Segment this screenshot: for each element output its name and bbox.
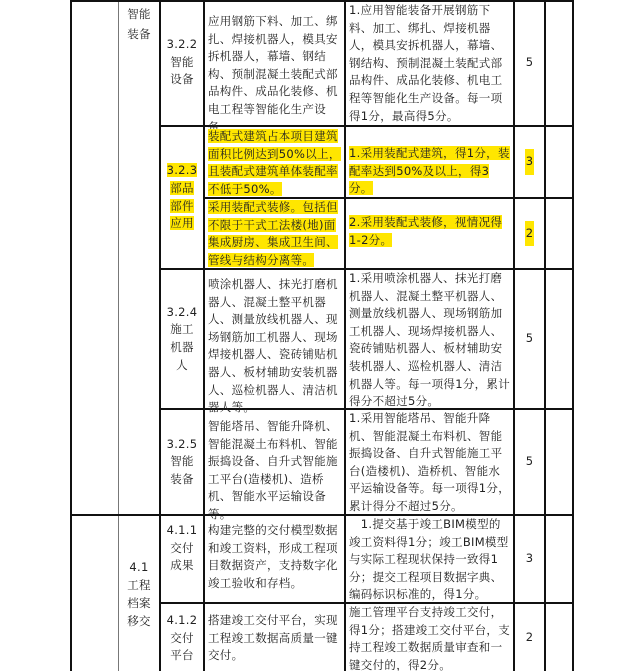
scoring-rule-cell: 施工管理平台支持竣工交付，得1分；搭建竣工交付平台，支持工程竣工数据质量审查和一… — [349, 604, 511, 671]
max-score-cell: 5 — [515, 410, 544, 514]
max-score-cell: 2 — [515, 199, 544, 268]
item-name: 部品 — [170, 181, 194, 195]
requirement-text: 采用装配式装修。包括但不限于干式工法楼(地)面集成厨房、集成卫生间、管线与结构分… — [208, 200, 338, 267]
item-name: 人 — [176, 357, 188, 375]
requirement-cell: 应用钢筋下料、加工、绑扎、焊接机器人，模具安拆机器人，幕墙、钢结构、预制混凝土装… — [208, 13, 342, 136]
scoring-rule-cell: 2.采用装配式装修，视情况得1-2分。 — [349, 214, 511, 249]
scoring-rule-cell: 1.采用装配式建筑，得1分，装配率达到50%及以上，得3分。 — [349, 145, 511, 198]
item-number: 3.2.2 — [167, 36, 198, 54]
item-cell-3-2-4: 3.2.4 施工 机器 人 — [161, 270, 203, 408]
column-divider — [203, 0, 205, 671]
max-score-cell: 3 — [515, 127, 544, 197]
scoring-rule-cell: 1.提交基于竣工BIM模型的竣工资料得1分；竣工BIM模型与实际工程现状保持一致… — [349, 516, 511, 604]
item-name: 部件 — [170, 199, 194, 213]
actual-score-cell[interactable] — [546, 410, 572, 514]
item-name: 施工 — [170, 321, 194, 339]
item-number: 3.2.5 — [167, 436, 198, 454]
actual-score-cell[interactable] — [546, 604, 572, 671]
item-cell-4-1-1: 4.1.1 交付 成果 — [161, 522, 203, 575]
column-divider — [344, 0, 346, 671]
max-score-text: 2 — [525, 221, 535, 247]
scoring-table: 智能装备 3.2.2 智能 设备 应用钢筋下料、加工、绑扎、焊接机器人，模具安拆… — [0, 0, 640, 671]
item-name: 平台 — [161, 647, 203, 665]
scoring-rule-text: 2.采用装配式装修，视情况得1-2分。 — [349, 215, 502, 247]
item-cell-3-2-3: 3.2.3 部品 部件 应用 — [161, 127, 203, 268]
item-cell-3-2-5: 3.2.5 智能 装备 — [161, 410, 203, 514]
item-name: 智能 — [170, 54, 194, 72]
item-name: 机器 — [170, 339, 194, 357]
max-score-cell: 5 — [515, 0, 544, 125]
subcategory-4-1: 4.1 工程 档案 移交 — [120, 516, 158, 671]
item-number: 3.2.3 — [167, 163, 198, 177]
item-name: 交付 — [161, 540, 203, 558]
actual-score-cell[interactable] — [546, 199, 572, 268]
requirement-cell: 采用装配式装修。包括但不限于干式工法楼(地)面集成厨房、集成卫生间、管线与结构分… — [208, 199, 342, 269]
item-name: 交付 — [161, 630, 203, 648]
scoring-rule-text: 1.采用装配式建筑，得1分，装配率达到50%及以上，得3分。 — [349, 146, 510, 195]
item-number: 3.2.4 — [167, 304, 198, 322]
scoring-rule-cell: 1.采用喷涂机器人、抹光打磨机器人、混凝土整平机器人、测量放线机器人、现场钢筋加… — [349, 270, 511, 411]
table-border-left — [70, 0, 72, 671]
subcategory-name: 工程 — [127, 576, 151, 594]
table-border-right — [572, 0, 574, 671]
requirement-cell: 构建完整的交付模型数据和竣工资料，形成工程项目数据资产，支持数字化竣工验收和存档… — [208, 522, 342, 592]
item-number: 4.1.2 — [161, 612, 203, 630]
item-name: 应用 — [170, 216, 194, 230]
subcategory-text: 智能装备 — [126, 4, 152, 44]
item-name: 智能 — [170, 453, 194, 471]
requirement-cell: 智能塔吊、智能升降机、智能混凝土布料机、智能振捣设备、自升式智能施工平台(造楼机… — [208, 418, 342, 524]
actual-score-cell[interactable] — [546, 270, 572, 408]
item-cell-4-1-2: 4.1.2 交付 平台 — [161, 612, 203, 665]
max-score-cell: 5 — [515, 270, 544, 408]
item-name: 成果 — [161, 557, 203, 575]
subcategory-number: 4.1 — [129, 558, 148, 576]
requirement-text: 装配式建筑占本项目建筑面积比例达到50%以上，且装配式建筑单体装配率不低于50%… — [208, 129, 341, 196]
max-score-cell: 2 — [515, 604, 544, 671]
subcategory-label: 智能装备 — [120, 4, 158, 44]
requirement-cell: 喷涂机器人、抹光打磨机器人、混凝土整平机器人、测量放线机器人、现场钢筋加工机器人… — [208, 276, 342, 417]
subcategory-name: 档案 — [127, 594, 151, 612]
item-name: 装备 — [170, 471, 194, 489]
max-score-text: 3 — [525, 149, 535, 175]
actual-score-cell[interactable] — [546, 0, 572, 125]
item-number: 4.1.1 — [161, 522, 203, 540]
actual-score-cell[interactable] — [546, 127, 572, 197]
column-divider — [118, 0, 119, 671]
subcategory-name: 移交 — [127, 612, 151, 630]
requirement-cell: 装配式建筑占本项目建筑面积比例达到50%以上，且装配式建筑单体装配率不低于50%… — [208, 128, 342, 198]
max-score-cell: 3 — [515, 516, 544, 602]
requirement-cell: 搭建竣工交付平台，实现工程竣工数据高质量一键交付。 — [208, 612, 342, 665]
item-cell-3-2-2: 3.2.2 智能 设备 — [161, 0, 203, 125]
actual-score-cell[interactable] — [546, 516, 572, 602]
scoring-rule-cell: 1.采用智能塔吊、智能升降机、智能混凝土布料机、智能振捣设备、自升式智能施工平台… — [349, 410, 511, 516]
scoring-rule-cell: 1.应用智能装备开展钢筋下料、加工、绑扎、焊接机器人，模具安拆机器人，幕墙、钢结… — [349, 2, 511, 125]
item-name: 设备 — [170, 71, 194, 89]
